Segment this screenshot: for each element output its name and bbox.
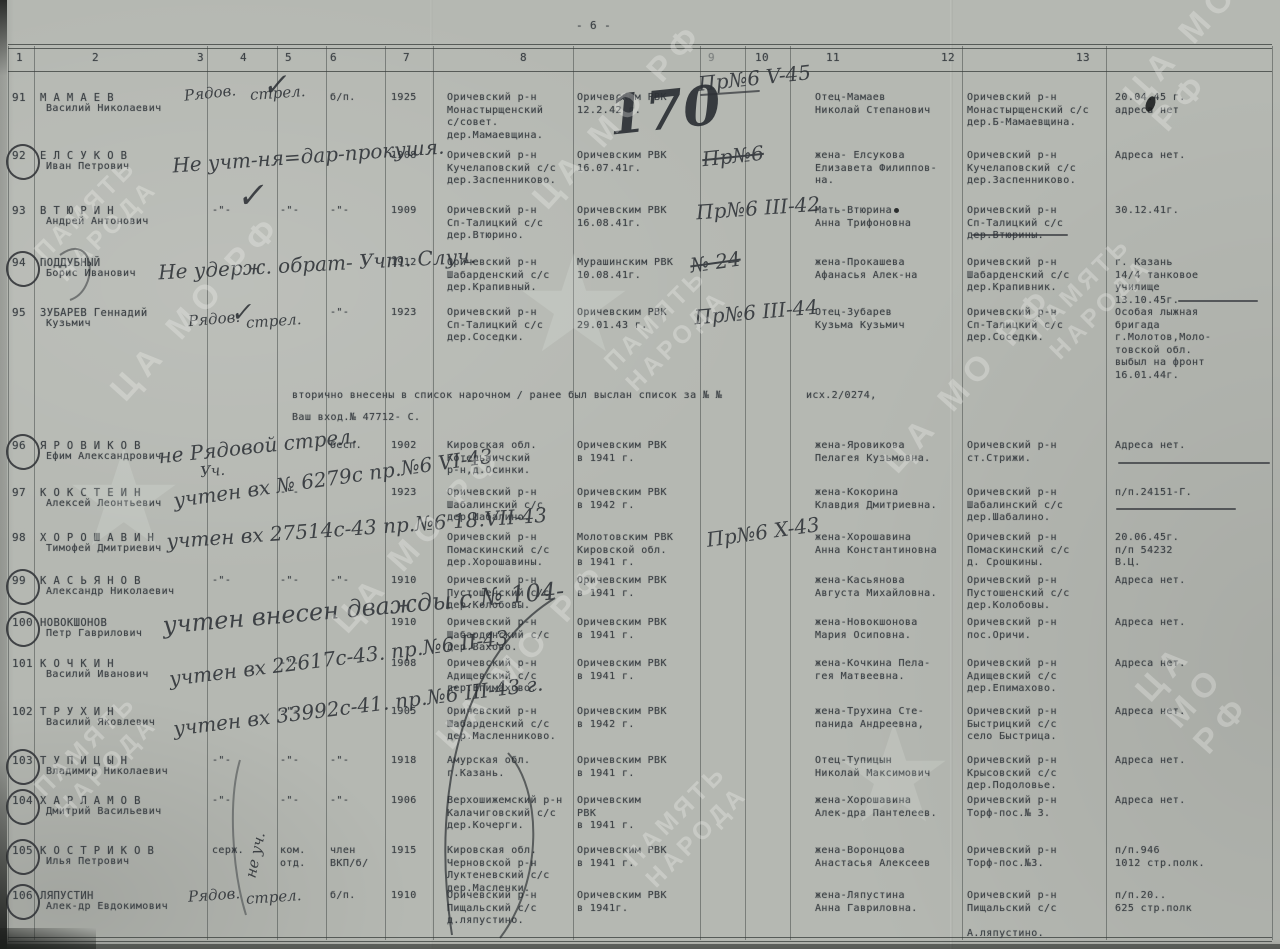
table-rule-vertical xyxy=(1272,46,1273,940)
column-header-5: 5 xyxy=(285,52,292,65)
row-103-year: 1918 xyxy=(391,755,437,768)
row-104-number-circle xyxy=(4,787,43,827)
row-91-year: 1925 xyxy=(391,92,437,105)
row-103-address: Оричевский р-н Крысовский с/с дер.Подоло… xyxy=(967,755,1107,793)
row-99-rvk: Оричевским РВК в 1941 г. xyxy=(577,575,701,600)
row-95-rvk: Оричевским РВК 29.01.43 г. xyxy=(577,307,701,332)
underline xyxy=(1118,462,1270,464)
row-95-address: Оричевский р-н Сп-Талицкий с/с дер.Сосед… xyxy=(967,307,1107,345)
handwritten-r106_rank2: стрел. xyxy=(245,886,302,908)
row-104-note: Адреса нет. xyxy=(1115,795,1271,808)
row-93-address: Оричевский р-н Сп-Талицкий с/с дер.Втюри… xyxy=(967,205,1107,243)
table-rule-vertical xyxy=(790,46,791,940)
column-header-10: 10 xyxy=(755,52,769,65)
row-104-party: -"- xyxy=(330,795,386,808)
row-99-name2: Александр Николаевич xyxy=(46,586,216,599)
row-102-birth: Оричевский р-н Шабарденский с/с дер.Масл… xyxy=(447,706,575,744)
handwritten-r91_rank: Рядов. xyxy=(183,81,237,104)
row-106-birth: Оричевский р-н Пищальский с/с д.ляпустин… xyxy=(447,890,575,928)
column-header-2: 2 xyxy=(92,52,99,65)
watermark-archive: ЦА МО РФ xyxy=(1128,587,1280,762)
row-103-number-circle xyxy=(4,747,43,787)
column-header-11: 11 xyxy=(826,52,840,65)
row-100-rvk: Оричевским РВК в 1941 г. xyxy=(577,617,701,642)
row-94-rvk: Мурашинским РВК 10.08.41г. xyxy=(577,257,701,282)
column-header-13: 13 xyxy=(1076,52,1090,65)
row-106-address: Оричевский р-н Пищальский с/с А.ляпустин… xyxy=(967,890,1107,940)
row-101-note: Адреса нет. xyxy=(1115,658,1271,671)
row-91-relative: Отец-Мамаев Николай Степанович xyxy=(815,92,965,117)
page-number: - 6 - xyxy=(576,20,611,33)
row-105-rvk: Оричевским РВК в 1941 г. xyxy=(577,845,701,870)
row-106-rvk: Оричевским РВК в 1941г. xyxy=(577,890,701,915)
handwritten-r94_struck: № 24 xyxy=(689,247,743,278)
row-92-address: Оричевский р-н Кучелаповский с/с дер.Зас… xyxy=(967,150,1107,188)
row-104-relative: жена-Хорошавина Алек-дра Пантелеев. xyxy=(815,795,965,820)
row-96-address: Оричевский р-н ст.Стрижи. xyxy=(967,440,1107,465)
handwritten-check: ✓ xyxy=(261,67,289,104)
row-98-note: 20.06.45г. п/п 54232 В.Ц. xyxy=(1115,532,1271,570)
row-103-rvk: Оричевским РВК в 1941 г. xyxy=(577,755,701,780)
row-95-num: 95 xyxy=(12,307,38,320)
row-98-rvk: Молотовским РВК Кировской обл. в 1941 г. xyxy=(577,532,701,570)
interlude-line1: вторично внесены в список нарочном / ран… xyxy=(292,390,802,403)
column-header-6: 6 xyxy=(330,52,337,65)
row-96-year: 1902 xyxy=(391,440,437,453)
column-header-7: 7 xyxy=(403,52,410,65)
row-105-year: 1915 xyxy=(391,845,437,858)
row-103-relative: Отец-Тупицын Николай Максимович xyxy=(815,755,965,780)
row-104-name2: Дмитрий Васильевич xyxy=(46,806,216,819)
column-header-1: 1 xyxy=(16,52,23,65)
row-104-year: 1906 xyxy=(391,795,437,808)
table-rule-horizontal xyxy=(8,48,1272,49)
row-100-note: Адреса нет. xyxy=(1115,617,1271,630)
row-94-address: Оричевский р-н Шабарденский с/с дер.Крап… xyxy=(967,257,1107,295)
row-103-party: -"- xyxy=(330,755,386,768)
row-91-note: 20.04.45 г. адреса нет xyxy=(1115,92,1271,117)
row-99-note: Адреса нет. xyxy=(1115,575,1271,588)
row-91-num: 91 xyxy=(12,92,38,105)
row-97-num: 97 xyxy=(12,487,38,500)
row-92-birth: Оричевский р-н Кучелаповский с/с дер.Зас… xyxy=(447,150,575,188)
row-93-rank2: -"- xyxy=(280,205,328,218)
row-104-rank2: -"- xyxy=(280,795,328,808)
handwritten-r95_rank2: стрел. xyxy=(245,310,302,332)
row-92-relative: жена- Елсукова Елизавета Филиппов- на. xyxy=(815,150,965,188)
row-97-address: Оричевский р-н Шабалинский с/с дер.Шабал… xyxy=(967,487,1107,525)
row-105-note: п/п.946 1012 стр.полк. xyxy=(1115,845,1271,870)
row-97-relative: жена-Кокорина Клавдия Дмитриевна. xyxy=(815,487,965,512)
watermark-memory-line2: НАРОДА xyxy=(619,283,734,398)
row-102-address: Оричевский р-н Быстрицкий с/с село Быстр… xyxy=(967,706,1107,744)
row-93-year: 1909 xyxy=(391,205,437,218)
row-103-note: Адреса нет. xyxy=(1115,755,1271,768)
table-rule-horizontal xyxy=(8,44,1272,45)
row-102-relative: жена-Трухина Сте- панида Андреевна, xyxy=(815,706,965,731)
handwritten-r98_prikaz: Пр№6 X-43 xyxy=(705,512,821,552)
row-100-number-circle xyxy=(4,609,43,649)
interlude-ref: исх.2/0274, xyxy=(806,390,877,403)
column-header-3: 3 xyxy=(197,52,204,65)
row-99-relative: жена-Касьянова Августа Михайловна. xyxy=(815,575,965,600)
row-97-year: 1923 xyxy=(391,487,437,500)
row-104-address: Оричевский р-н Торф-пос.№ 3. xyxy=(967,795,1107,820)
row-104-rvk: Оричевским РВК в 1941 г. xyxy=(577,795,701,833)
row-94-relative: жена-Прокашева Афанасья Алек-на xyxy=(815,257,965,282)
row-105-rank: серж. xyxy=(212,845,276,858)
row-98-birth: Оричевский р-н Помаскинский с/с дер.Хоро… xyxy=(447,532,575,570)
handwritten-r95_prikaz: Пр№6 III-44 xyxy=(693,295,819,330)
interlude-line2: Ваш вход.№ 47712- С. xyxy=(292,412,420,425)
row-95-note: Особая лыжная бригада г.Молотов,Моло- то… xyxy=(1115,307,1271,382)
row-101-rvk: Оричевским РВК в 1941 г. xyxy=(577,658,701,683)
row-92-rvk: Оричевским РВК 16.07.41г. xyxy=(577,150,701,175)
row-99-number-circle xyxy=(4,567,43,607)
row-93-party: -"- xyxy=(330,205,386,218)
scan-edge-bottom xyxy=(0,944,1280,949)
row-95-year: 1923 xyxy=(391,307,437,320)
row-96-relative: жена-Яровикова Пелагея Кузьмовна. xyxy=(815,440,965,465)
watermark-archive: ЦА МО РФ xyxy=(1116,0,1280,139)
handwritten-r106_rank: Рядов. xyxy=(187,884,240,906)
row-91-name2: Василий Николаевич xyxy=(46,103,216,116)
row-94-number-circle xyxy=(4,249,43,289)
row-93-birth: Оричевский р-н Сп-Талицкий с/с дер.Втюри… xyxy=(447,205,575,243)
table-rule-horizontal xyxy=(8,71,1272,72)
row-104-rank: -"- xyxy=(212,795,276,808)
scanned-document-page: - 6 - вторично внесены в список нарочном… xyxy=(0,0,1280,949)
underline xyxy=(972,234,1068,236)
row-98-relative: жена-Хорошавина Анна Константиновна xyxy=(815,532,965,557)
row-102-note: Адреса нет. xyxy=(1115,706,1271,719)
row-97-note: п/п.24151-Г. xyxy=(1115,487,1271,500)
column-header-8: 8 xyxy=(520,52,527,65)
row-93-relative: Мать-Втюрина Анна Трифоновна xyxy=(815,205,965,230)
handwritten-r92_note: Не учт-ня=дар-прокушя. xyxy=(171,135,445,178)
row-106-year: 1910 xyxy=(391,890,437,903)
row-96-rvk: Оричевским РВК в 1941 г. xyxy=(577,440,701,465)
row-101-num: 101 xyxy=(12,658,38,671)
row-93-name2: Андрей Антонович xyxy=(46,216,216,229)
row-93-rvk: Оричевским РВК 16.08.41г. xyxy=(577,205,701,230)
table-rule-vertical xyxy=(745,46,746,940)
row-106-party: б/п. xyxy=(330,890,386,903)
row-99-address: Оричевский р-н Пустошенский с/с дер.Коло… xyxy=(967,575,1107,613)
handwritten-r96_note2: Уч. xyxy=(199,461,226,482)
row-95-relative: Отец-Зубарев Кузьма Кузьмич xyxy=(815,307,965,332)
row-104-birth: Верхошижемский р-н Калачиговский с/с дер… xyxy=(447,795,575,833)
row-100-address: Оричевский р-н пос.Оричи. xyxy=(967,617,1107,642)
row-95-party: -"- xyxy=(330,307,386,320)
row-105-relative: жена-Воронцова Анастасья Алексеев xyxy=(815,845,965,870)
row-106-number-circle xyxy=(4,882,43,922)
row-92-number-circle xyxy=(4,142,43,182)
row-102-num: 102 xyxy=(12,706,38,719)
row-103-name2: Владимир Николаевич xyxy=(46,766,216,779)
row-99-year: 1910 xyxy=(391,575,437,588)
row-91-party: б/п. xyxy=(330,92,386,105)
column-header-9: 9 xyxy=(708,52,715,65)
ink-blot xyxy=(894,208,899,213)
row-91-address: Оричевский р-н Монастырщенский с/с дер.Б… xyxy=(967,92,1107,130)
row-106-note: п/п.20.. 625 стр.полк xyxy=(1115,890,1271,915)
row-99-rank: -"- xyxy=(212,575,276,588)
row-103-rank: -"- xyxy=(212,755,276,768)
handwritten-r96_note: не Рядовой стрел. xyxy=(157,424,358,469)
scan-edge-left xyxy=(0,0,7,949)
row-99-party: -"- xyxy=(330,575,386,588)
row-99-rank2: -"- xyxy=(280,575,328,588)
row-105-address: Оричевский р-н Торф-пос.№3. xyxy=(967,845,1107,870)
row-96-note: Адреса нет. xyxy=(1115,440,1271,453)
row-97-rvk: Оричевским РВК в 1942 г. xyxy=(577,487,701,512)
row-105-party: член ВКП/б/ xyxy=(330,845,386,870)
row-91-birth: Оричевский р-н Монастырщенский с/совет. … xyxy=(447,92,575,142)
handwritten-r93_prikaz: Пр№6 III-42 xyxy=(695,192,821,225)
row-103-birth: Амурская обл. г.Казань. xyxy=(447,755,575,780)
row-100-relative: жена-Новокшонова Мария Осиповна. xyxy=(815,617,965,642)
row-105-birth: Кировская обл. Черновской р-н Луктеневск… xyxy=(447,845,575,895)
handwritten-r92_struck: Пр№6 xyxy=(701,141,765,171)
row-103-rank2: -"- xyxy=(280,755,328,768)
row-105-name2: Илья Петрович xyxy=(46,856,216,869)
row-106-relative: жена-Ляпустина Анна Гавриловна. xyxy=(815,890,965,915)
row-101-address: Оричевский р-н Адищевский с/с дер.Епимах… xyxy=(967,658,1107,696)
row-102-rvk: Оричевским РВК в 1942 г. xyxy=(577,706,701,731)
table-rule-horizontal xyxy=(8,941,1272,942)
handwritten-check: ✓ xyxy=(235,175,266,217)
row-93-note: 30.12.41г. xyxy=(1115,205,1271,218)
row-93-num: 93 xyxy=(12,205,38,218)
column-header-4: 4 xyxy=(240,52,247,65)
handwritten-r94_note: Не удерж. обрат- Учт. Случ. xyxy=(158,244,477,285)
row-92-note: Адреса нет. xyxy=(1115,150,1271,163)
row-98-address: Оричевский р-н Помаскинский с/с д. Срошк… xyxy=(967,532,1107,570)
row-96-number-circle xyxy=(4,432,43,472)
underline xyxy=(1178,300,1258,302)
underline xyxy=(1116,508,1236,510)
row-95-birth: Оричевский р-н Сп-Талицкий с/с дер.Сосед… xyxy=(447,307,575,345)
column-header-12: 12 xyxy=(941,52,955,65)
row-105-number-circle xyxy=(4,837,43,877)
row-101-relative: жена-Кочкина Пела- гея Матвеевна. xyxy=(815,658,965,683)
row-98-num: 98 xyxy=(12,532,38,545)
row-105-rank2: ком. отд. xyxy=(280,845,328,870)
